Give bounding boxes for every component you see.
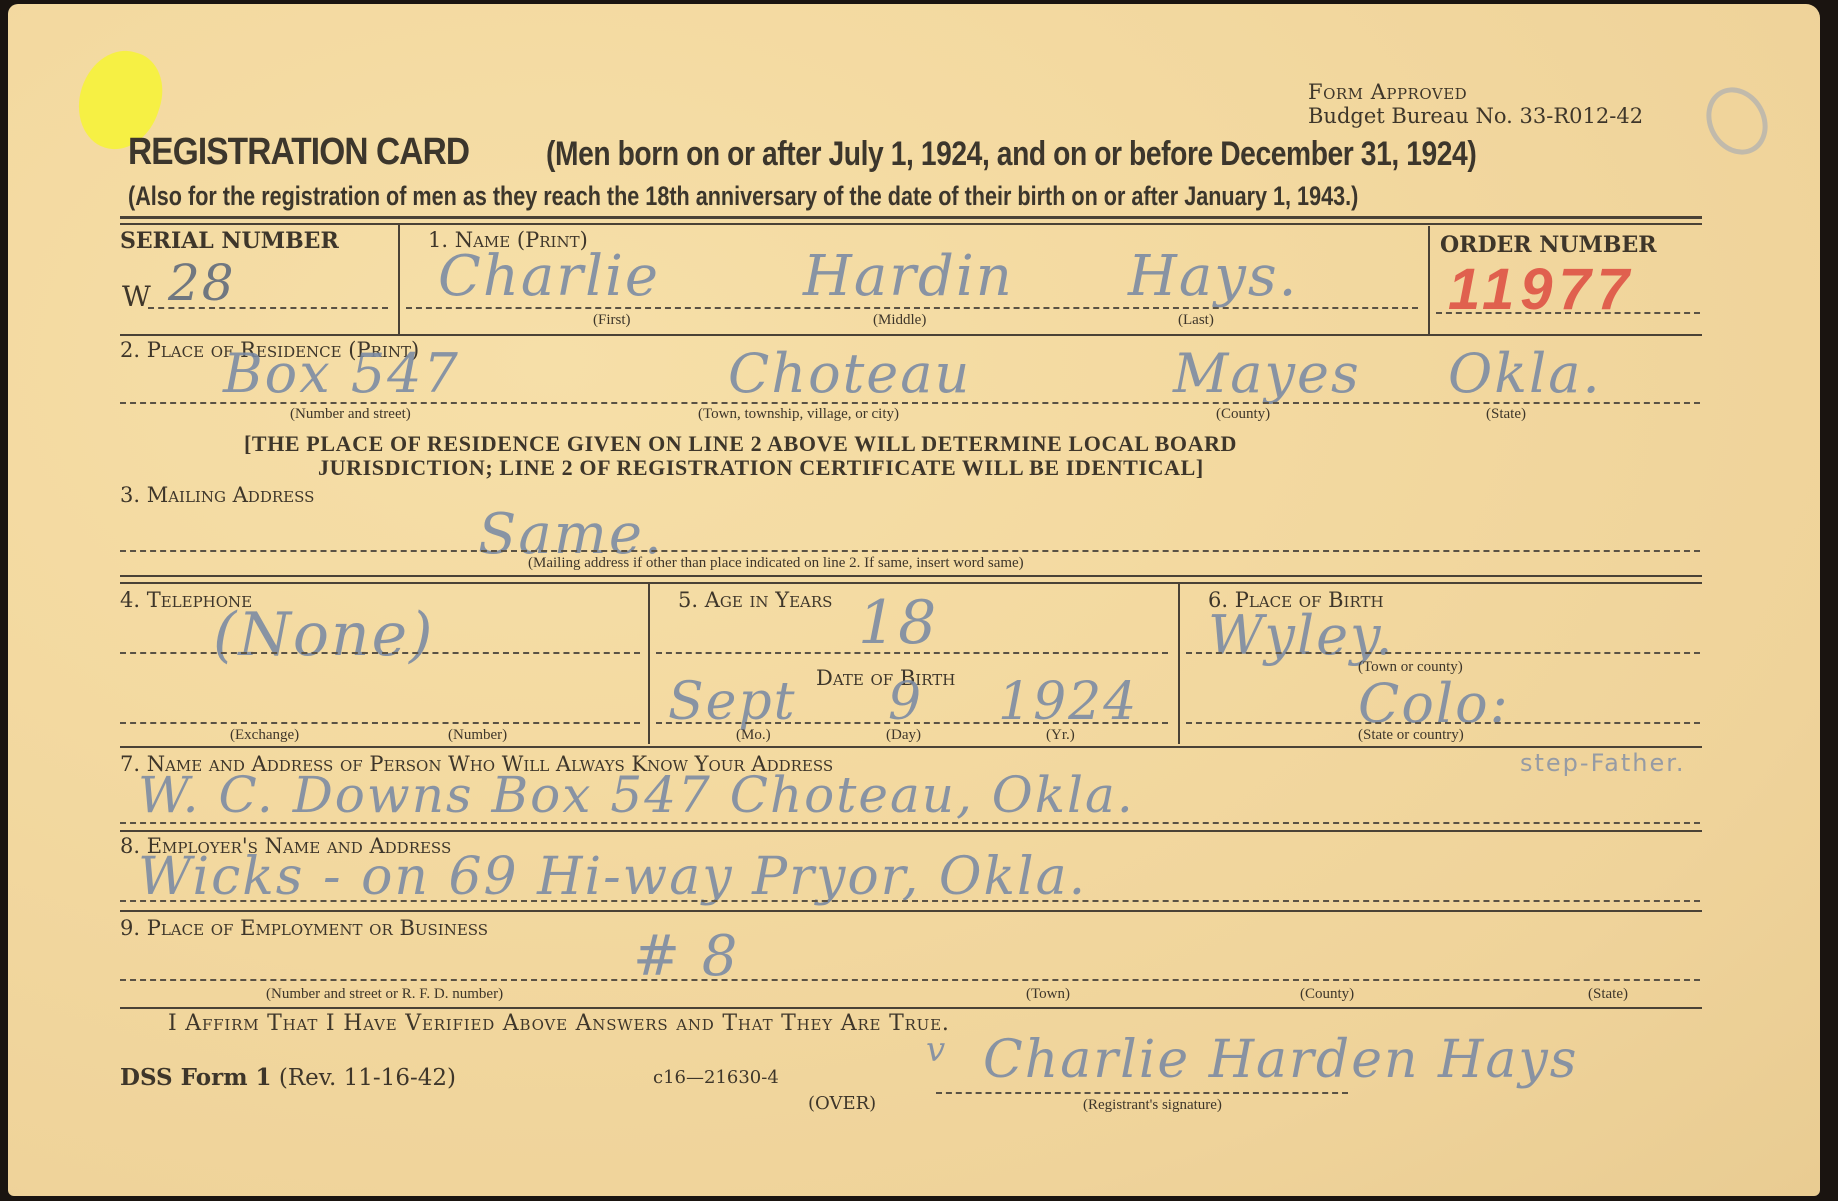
budget-bureau-number: Budget Bureau No. 33-R012-42 xyxy=(1308,104,1643,128)
telephone-dash-line-1 xyxy=(120,652,640,654)
employment-dash-line xyxy=(120,979,1700,981)
contact-value: W. C. Downs Box 547 Choteau, Okla. xyxy=(138,766,1135,824)
age-divider xyxy=(1178,584,1180,744)
age-dash-line xyxy=(656,652,1168,654)
row3-rule-2 xyxy=(120,582,1702,584)
age-label: 5. Age in Years xyxy=(678,588,832,612)
employment-state-caption: (State) xyxy=(1588,986,1628,1003)
residence-county-caption: (County) xyxy=(1216,406,1270,423)
jurisdiction-notice-line1: [THE PLACE OF RESIDENCE GIVEN ON LINE 2 … xyxy=(244,431,1237,457)
residence-dash-line xyxy=(120,402,1700,404)
row9-rule xyxy=(120,1007,1702,1009)
order-number-label: ORDER NUMBER xyxy=(1440,232,1657,258)
signature-check-mark: v xyxy=(926,1030,947,1070)
card-eligibility: (Men born on or after July 1, 1924, and … xyxy=(546,135,1476,174)
row1-rule xyxy=(120,334,1702,336)
name-last-caption: (Last) xyxy=(1178,312,1214,329)
birthplace-state-value: Colo: xyxy=(1358,672,1510,735)
residence-state-value: Okla. xyxy=(1448,342,1602,405)
name-dash-line xyxy=(406,307,1418,309)
serial-number-value: 28 xyxy=(168,254,236,312)
registrant-signature: Charlie Harden Hays xyxy=(983,1030,1578,1090)
residence-state-caption: (State) xyxy=(1486,406,1526,423)
birthplace-town-value: Wyley. xyxy=(1208,604,1395,667)
mailing-caption: (Mailing address if other than place ind… xyxy=(528,555,1024,572)
mailing-label: 3. Mailing Address xyxy=(120,483,314,507)
mailing-dash-line xyxy=(120,550,1700,552)
dob-year-caption: (Yr.) xyxy=(1046,727,1075,744)
telephone-value: (None) xyxy=(213,600,435,670)
employment-label: 9. Place of Employment or Business xyxy=(120,916,488,940)
affirmation-text: I Affirm That I Have Verified Above Answ… xyxy=(168,1011,950,1036)
contact-relation: step-Father. xyxy=(1520,749,1686,777)
row4-rule xyxy=(120,746,1702,748)
dob-label: Date of Birth xyxy=(816,666,955,690)
order-dash-line xyxy=(1436,312,1700,314)
birthplace-state-caption: (State or country) xyxy=(1358,727,1464,744)
residence-town-value: Choteau xyxy=(728,342,971,405)
registration-card: Form Approved Budget Bureau No. 33-R012-… xyxy=(8,4,1820,1196)
serial-prefix: W xyxy=(122,280,151,313)
signature-caption: (Registrant's signature) xyxy=(1083,1097,1222,1114)
serial-number-label: SERIAL NUMBER xyxy=(120,228,339,254)
form-revision: (Rev. 11-16-42) xyxy=(279,1065,456,1091)
print-code: c16—21630-4 xyxy=(653,1067,779,1088)
row7-rule xyxy=(120,830,1702,832)
card-subtitle: (Also for the registration of men as the… xyxy=(128,181,1358,212)
telephone-dash-line-2 xyxy=(120,722,640,724)
header-rule-2 xyxy=(120,223,1702,225)
residence-county-value: Mayes xyxy=(1173,342,1361,405)
serial-dash-line xyxy=(148,307,388,309)
dob-dash-line xyxy=(656,722,1168,724)
row3-rule xyxy=(120,575,1702,577)
residence-street-value: Box 547 xyxy=(223,342,460,405)
name-first-value: Charlie xyxy=(438,244,660,309)
dob-month-caption: (Mo.) xyxy=(736,727,771,744)
name-middle-value: Hardin xyxy=(803,244,1014,309)
birthplace-state-dash-line xyxy=(1186,722,1700,724)
header-rule xyxy=(120,216,1702,219)
name-last-value: Hays. xyxy=(1128,244,1298,309)
employer-value: Wicks - on 69 Hi-way Pryor, Okla. xyxy=(138,847,1087,907)
over-label: (OVER) xyxy=(808,1093,876,1114)
card-title: REGISTRATION CARD xyxy=(128,131,469,174)
blue-ring-stamp xyxy=(1694,76,1779,166)
age-value: 18 xyxy=(858,588,938,658)
telephone-number-caption: (Number) xyxy=(448,727,507,744)
birthplace-town-dash-line xyxy=(1186,652,1700,654)
telephone-exchange-caption: (Exchange) xyxy=(230,727,299,744)
residence-street-caption: (Number and street) xyxy=(290,406,411,423)
name-first-caption: (First) xyxy=(593,312,631,329)
name-middle-caption: (Middle) xyxy=(873,312,926,329)
contact-dash-line xyxy=(120,822,1700,824)
serial-divider xyxy=(398,224,400,334)
form-approved-label: Form Approved xyxy=(1308,80,1467,104)
jurisdiction-notice-line2: JURISDICTION; LINE 2 OF REGISTRATION CER… xyxy=(318,455,1204,481)
order-divider xyxy=(1428,226,1430,334)
employer-dash-line xyxy=(120,900,1700,902)
telephone-divider xyxy=(648,584,650,744)
row8-rule xyxy=(120,910,1702,912)
dob-day-caption: (Day) xyxy=(886,727,921,744)
employment-town-caption: (Town) xyxy=(1026,986,1070,1003)
signature-dash-line xyxy=(936,1092,1348,1094)
form-name: DSS Form 1 xyxy=(120,1064,272,1091)
employment-street-caption: (Number and street or R. F. D. number) xyxy=(266,986,503,1003)
employment-county-caption: (County) xyxy=(1300,986,1354,1003)
footer-form-line: DSS Form 1 (Rev. 11-16-42) xyxy=(120,1064,456,1091)
residence-town-caption: (Town, township, village, or city) xyxy=(698,406,899,423)
